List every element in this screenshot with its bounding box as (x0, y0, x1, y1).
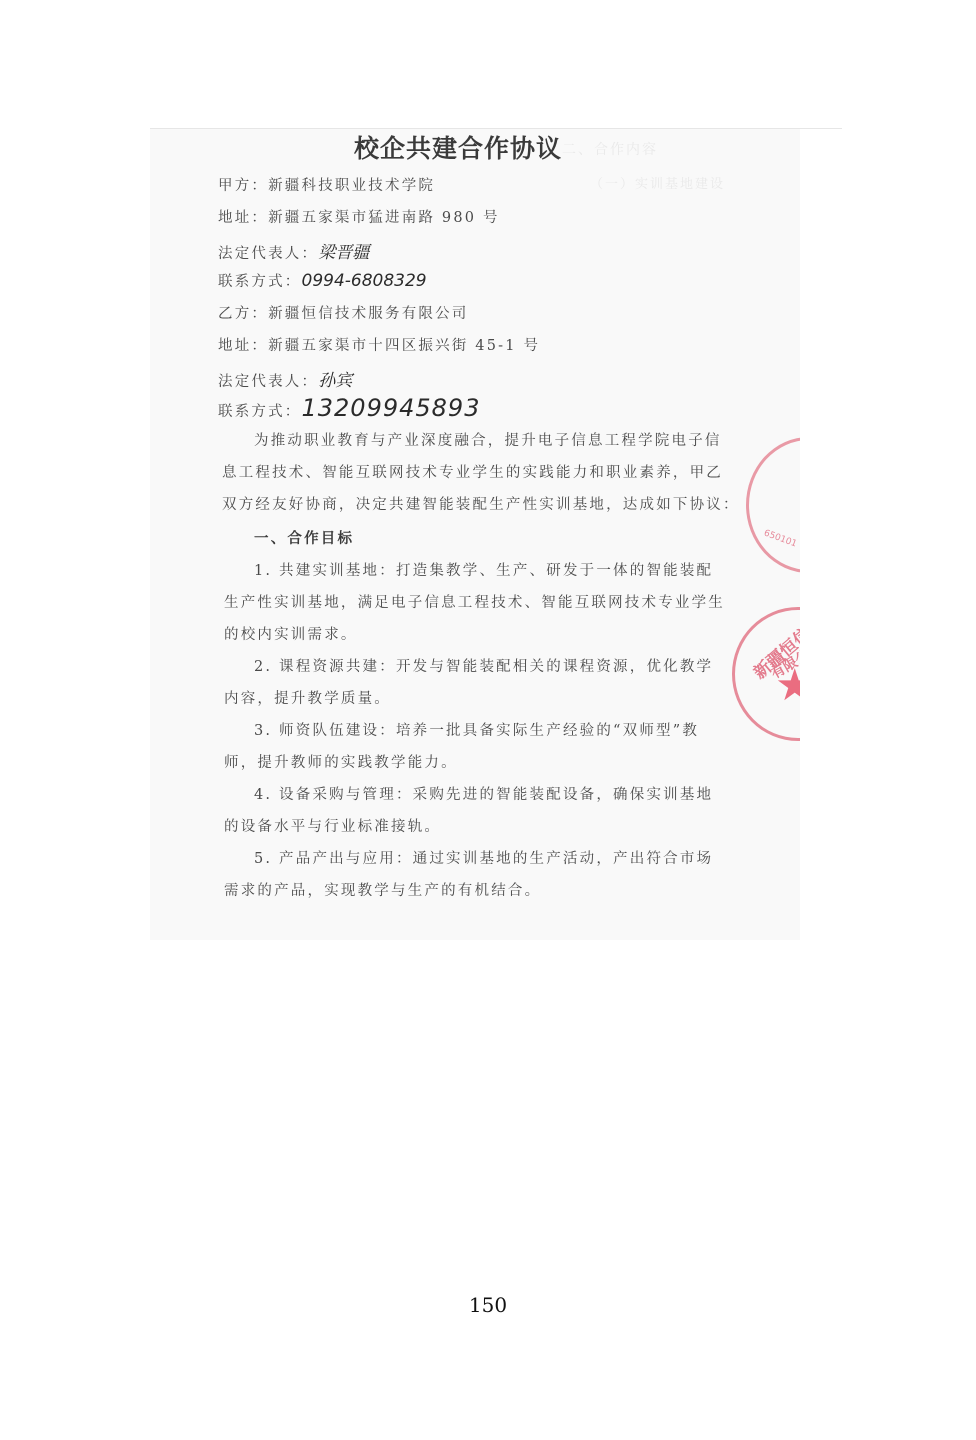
party-b-address: 地址：新疆五家渠市十四区振兴街 45-1 号 (218, 334, 540, 355)
party-b-signature: 孙宾 (318, 371, 352, 391)
item-3-line-1: 3. 师资队伍建设：培养一批具备实际生产经验的“双师型”教 (254, 719, 699, 740)
party-a-address: 地址：新疆五家渠市猛进南路 980 号 (218, 206, 500, 227)
party-b-contact: 联系方式：13209945893 (218, 394, 480, 422)
party-b-name: 乙方：新疆恒信技术服务有限公司 (218, 302, 469, 323)
seal-star-icon: ★ (775, 660, 800, 711)
document-title: 校企共建合作协议 (354, 129, 562, 165)
intro-line-2: 息工程技术、智能互联网技术专业学生的实践能力和职业素养，甲乙 (222, 461, 723, 482)
contact-label: 联系方式： (218, 404, 302, 420)
party-a-representative: 法定代表人：梁晋疆 (218, 238, 369, 263)
item-4-line-2: 的设备水平与行业标准接轨。 (224, 815, 441, 836)
party-a-phone-handwritten: 0994-6808329 (302, 271, 427, 291)
seal-number: 650101 (762, 528, 798, 549)
intro-line-3: 双方经友好协商，决定共建智能装配生产性实训基地，达成如下协议： (222, 493, 740, 514)
party-b-phone-handwritten: 13209945893 (302, 394, 481, 422)
item-3-line-2: 师，提升教师的实践教学能力。 (224, 751, 458, 772)
bleed-through-line: （一）实训基地建设 (590, 173, 725, 192)
item-1-line-2: 生产性实训基地，满足电子信息工程技术、智能互联网技术专业学生 (224, 591, 725, 612)
rep-label: 法定代表人： (218, 374, 318, 390)
company-seal-stamp: 新疆恒信技 有限公 ★ (732, 607, 800, 741)
item-4-line-1: 4. 设备采购与管理：采购先进的智能装配设备，确保实训基地 (254, 783, 713, 804)
party-a-name: 甲方：新疆科技职业技术学院 (218, 174, 435, 195)
party-b-representative: 法定代表人：孙宾 (218, 366, 352, 391)
contact-label: 联系方式： (218, 274, 302, 290)
scanned-agreement-page: 二、合作内容 （一）实训基地建设 校企共建合作协议 甲方：新疆科技职业技术学院 … (150, 129, 800, 940)
rep-label: 法定代表人： (218, 246, 318, 262)
intro-line-1: 为推动职业教育与产业深度融合，提升电子信息工程学院电子信 (254, 429, 722, 450)
page-number: 150 (0, 1293, 976, 1317)
school-seal-stamp: 650101 (746, 437, 800, 573)
item-2-line-2: 内容，提升教学质量。 (224, 687, 391, 708)
bleed-through-heading: 二、合作内容 (562, 139, 658, 159)
party-a-contact: 联系方式：0994-6808329 (218, 270, 427, 291)
party-a-signature: 梁晋疆 (318, 243, 369, 263)
item-5-line-1: 5. 产品产出与应用：通过实训基地的生产活动，产出符合市场 (254, 847, 713, 868)
item-2-line-1: 2. 课程资源共建：开发与智能装配相关的课程资源，优化教学 (254, 655, 713, 676)
section-heading-cooperation-goals: 一、合作目标 (254, 527, 354, 548)
item-5-line-2: 需求的产品，实现教学与生产的有机结合。 (224, 879, 541, 900)
item-1-line-1: 1. 共建实训基地：打造集教学、生产、研发于一体的智能装配 (254, 559, 713, 580)
item-1-line-3: 的校内实训需求。 (224, 623, 358, 644)
